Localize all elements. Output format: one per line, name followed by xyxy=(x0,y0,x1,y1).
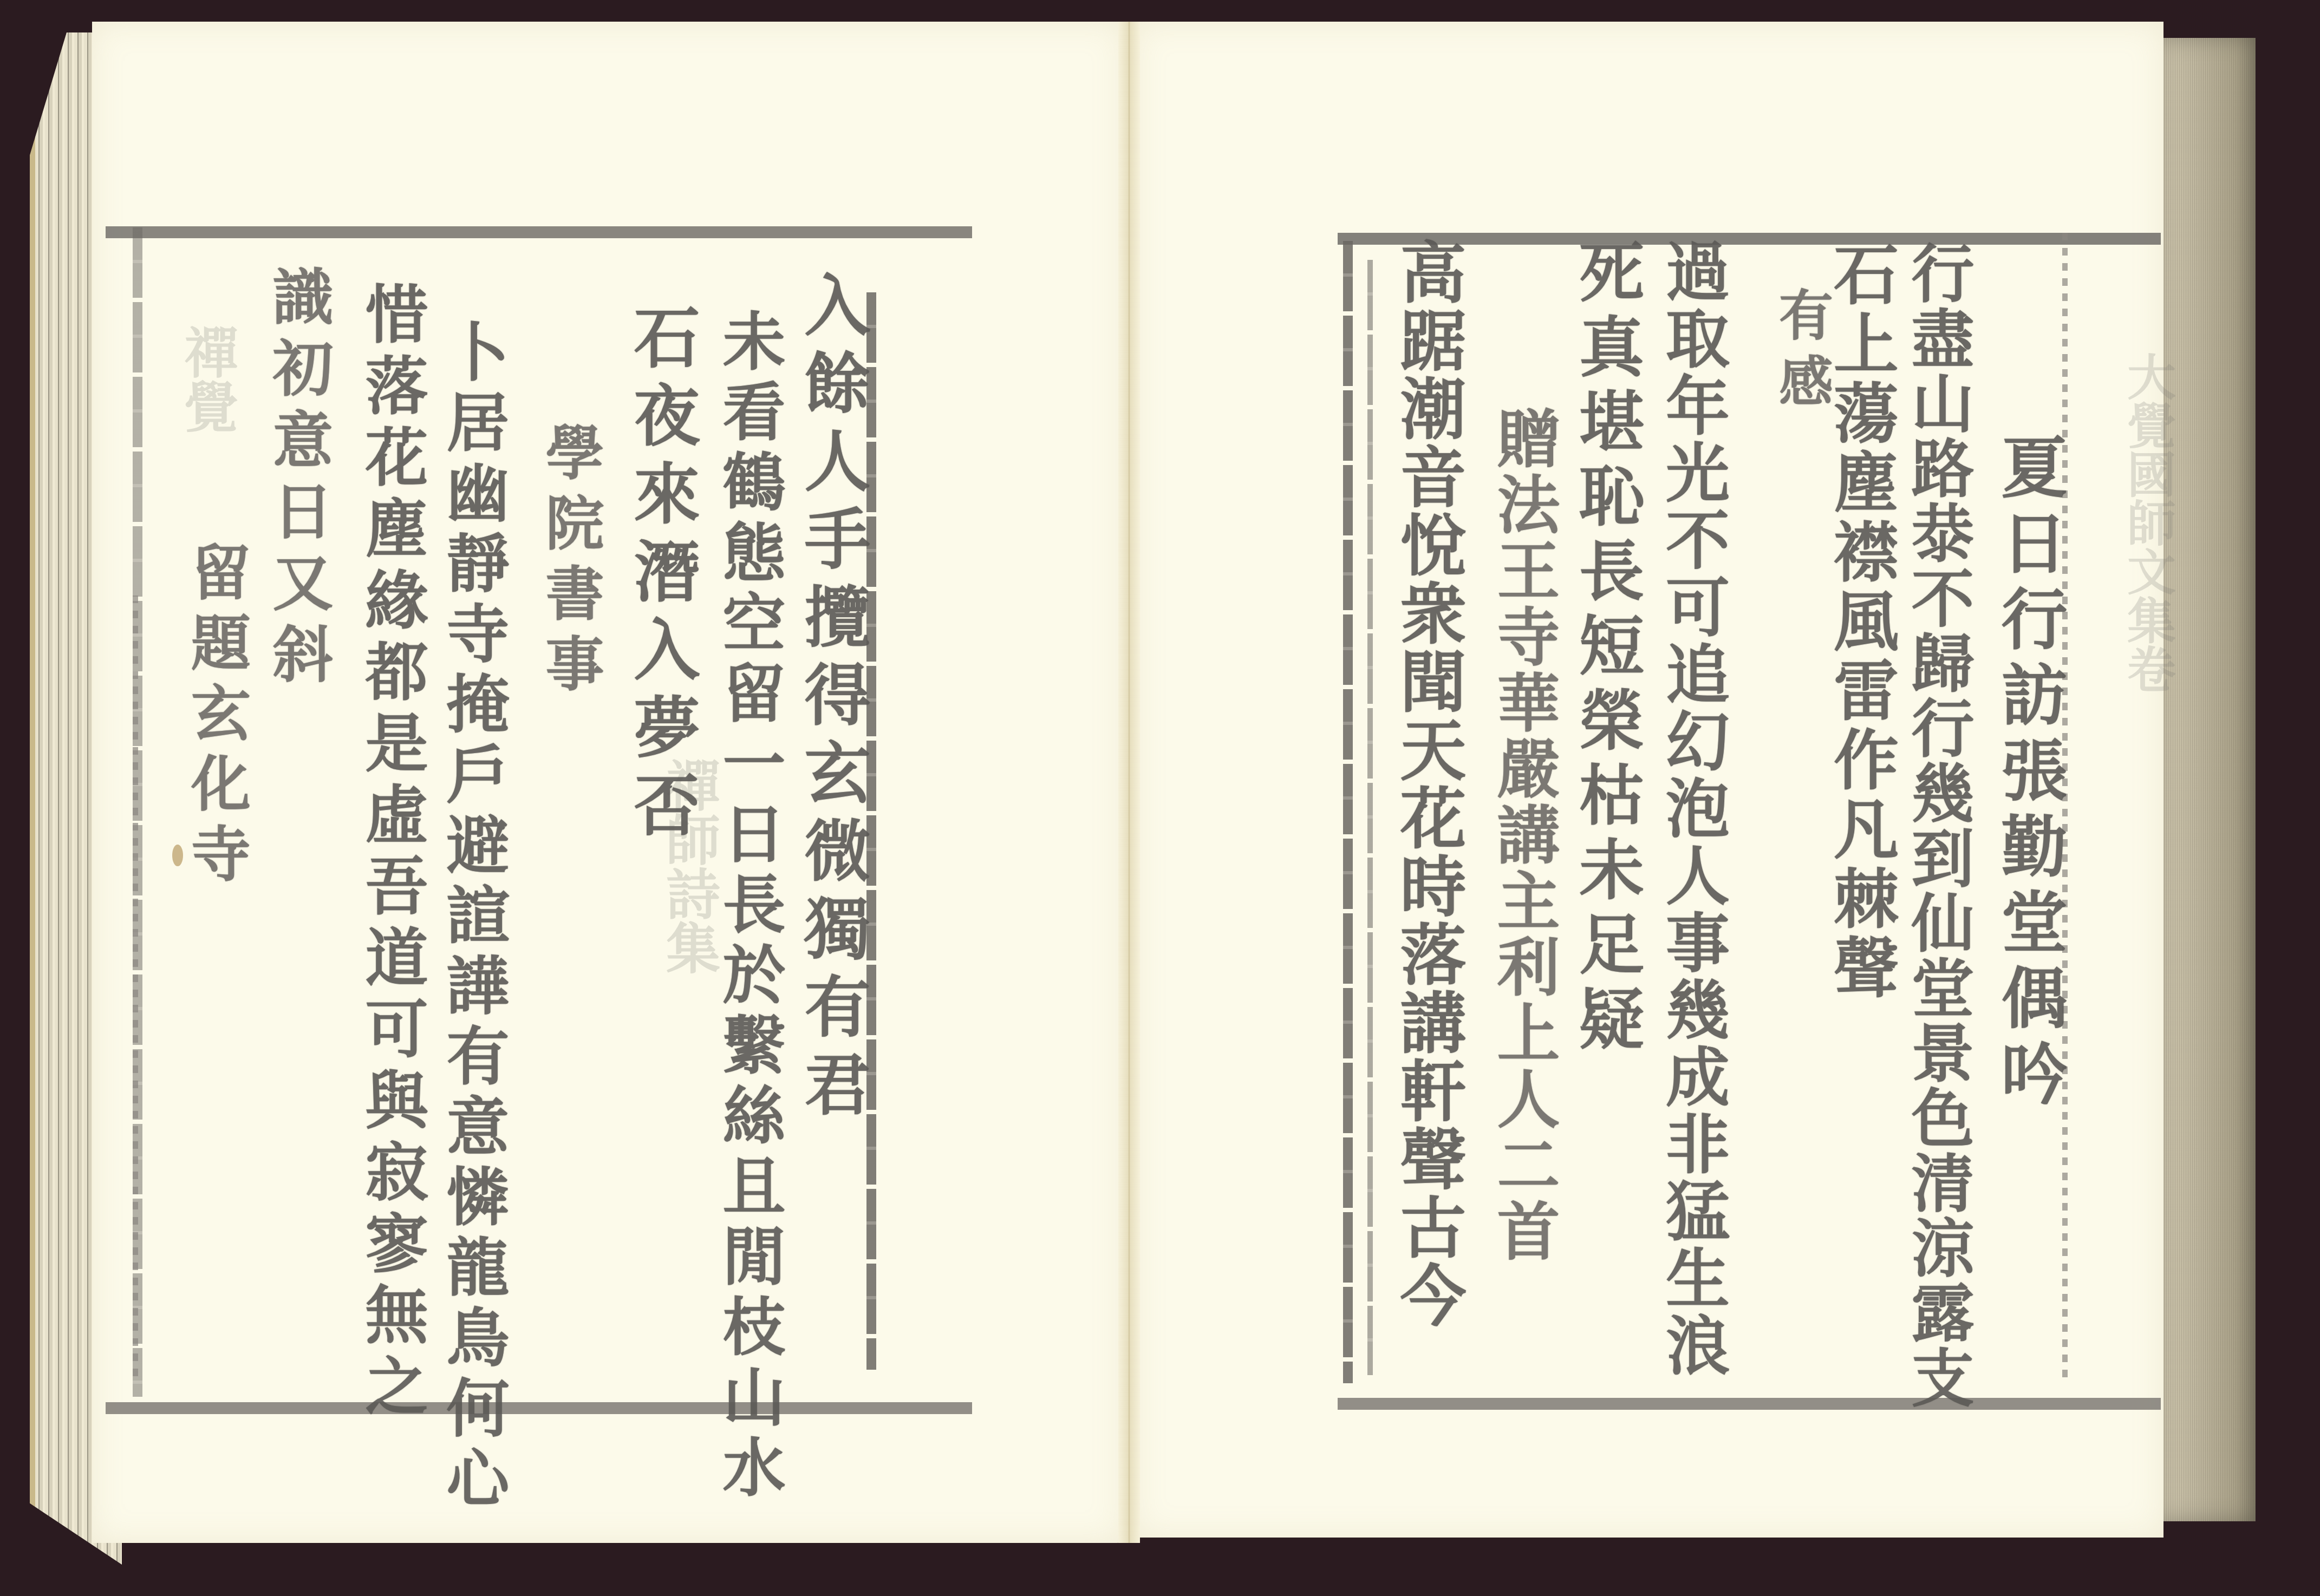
left-col-1: 入餘人手攬得玄微獨有君 xyxy=(785,271,880,1128)
left-col-2: 未看鶴態空留一日長於繫絲且閒枝山水 xyxy=(704,309,794,1505)
left-col-4-title: 學院書事 xyxy=(528,422,612,704)
bleed-through: 大覺國師文集卷 xyxy=(2112,352,2182,693)
bleed-through: 禪覺 xyxy=(168,325,246,433)
left-col-8-title: 留題玄化寺 xyxy=(173,541,259,893)
left-col-7: 識初意日又斜 xyxy=(255,265,342,694)
right-col-5: 過取年光不可追幻泡人事幾成非猛生浪 xyxy=(1646,238,1738,1379)
right-frame-inner-rule xyxy=(1367,260,1373,1375)
book-gutter xyxy=(1118,22,1140,1543)
right-col-4-title: 有感 xyxy=(1763,287,1841,419)
left-col-5: 卜居幽靜寺掩戶避諠譁有意憐龍鳥何心 xyxy=(428,319,518,1516)
right-frame-left-rule xyxy=(1343,241,1353,1383)
left-center-fold-line xyxy=(133,596,138,1381)
right-col-1-title: 夏日行訪張勤堂偶吟 xyxy=(1982,433,2077,1115)
paper-stain xyxy=(172,845,183,866)
left-col-6: 惜落花塵緣都是虛吾道可與寂寥無之 xyxy=(347,282,437,1425)
left-col-3: 石夜來潛入夢否 xyxy=(615,303,709,849)
right-col-8: 高踞潮音悅衆聞天花時落講軒聲古今 xyxy=(1381,238,1476,1330)
right-col-7-title: 贈法王寺華嚴講主利上人二首 xyxy=(1478,406,1569,1265)
right-col-6: 死真堪恥長短榮枯未足疑 xyxy=(1560,238,1653,1060)
right-page-stack-edge xyxy=(2158,38,2256,1521)
